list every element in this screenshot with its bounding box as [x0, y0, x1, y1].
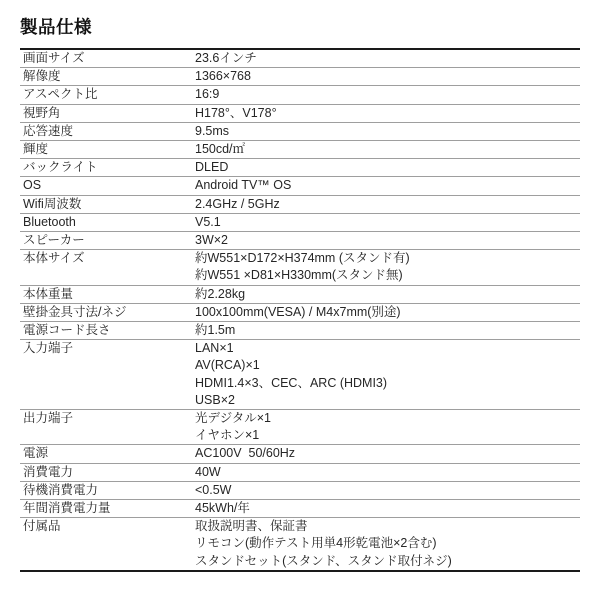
table-row: 待機消費電力<0.5W: [20, 481, 580, 499]
table-row: 年間消費電力量45kWh/年: [20, 500, 580, 518]
spec-value-line: 40W: [195, 464, 580, 481]
spec-label: 壁掛金具寸法/ネジ: [20, 303, 195, 321]
spec-label: 応答速度: [20, 122, 195, 140]
spec-value: 9.5ms: [195, 122, 580, 140]
spec-value-line: イヤホン×1: [195, 427, 580, 444]
spec-value-line: 3W×2: [195, 232, 580, 249]
table-row: スピーカー3W×2: [20, 232, 580, 250]
table-row: 輝度150cd/㎡: [20, 141, 580, 159]
spec-label: 待機消費電力: [20, 481, 195, 499]
spec-value: AC100V 50/60Hz: [195, 445, 580, 463]
spec-value-line: 9.5ms: [195, 123, 580, 140]
spec-value-line: 約W551×D172×H374mm (スタンド有): [195, 250, 580, 267]
spec-value: DLED: [195, 159, 580, 177]
page-title: 製品仕様: [20, 17, 599, 37]
spec-label: Bluetooth: [20, 213, 195, 231]
table-row: バックライトDLED: [20, 159, 580, 177]
spec-value: 150cd/㎡: [195, 141, 580, 159]
table-row: 解像度1366×768: [20, 68, 580, 86]
spec-value-line: USB×2: [195, 392, 580, 409]
spec-label: 解像度: [20, 68, 195, 86]
spec-label: アスペクト比: [20, 86, 195, 104]
spec-value: Android TV™ OS: [195, 177, 580, 195]
spec-table-body: 画面サイズ23.6インチ解像度1366×768アスペクト比16:9視野角H178…: [20, 49, 580, 571]
spec-label: 消費電力: [20, 463, 195, 481]
spec-table: 画面サイズ23.6インチ解像度1366×768アスペクト比16:9視野角H178…: [20, 48, 580, 572]
spec-value-line: H178°、V178°: [195, 105, 580, 122]
spec-label: 本体重量: [20, 285, 195, 303]
spec-value: 23.6インチ: [195, 49, 580, 68]
spec-label: 出力端子: [20, 410, 195, 445]
table-row: BluetoothV5.1: [20, 213, 580, 231]
spec-value: 約W551×D172×H374mm (スタンド有)約W551 ×D81×H330…: [195, 250, 580, 285]
spec-value-line: 100x100mm(VESA) / M4x7mm(別途): [195, 304, 580, 321]
table-row: 電源AC100V 50/60Hz: [20, 445, 580, 463]
spec-value-line: HDMI1.4×3、CEC、ARC (HDMI3): [195, 375, 580, 392]
spec-value-line: V5.1: [195, 214, 580, 231]
spec-value-line: スタンドセット(スタンド、スタンド取付ネジ): [195, 553, 580, 570]
spec-value: LAN×1AV(RCA)×1HDMI1.4×3、CEC、ARC (HDMI3)U…: [195, 340, 580, 410]
spec-value: 40W: [195, 463, 580, 481]
spec-value-line: 1366×768: [195, 68, 580, 85]
spec-value: H178°、V178°: [195, 104, 580, 122]
table-row: 付属品取扱説明書、保証書リモコン(動作テスト用単4形乾電池×2含む)スタンドセッ…: [20, 518, 580, 571]
spec-value: 取扱説明書、保証書リモコン(動作テスト用単4形乾電池×2含む)スタンドセット(ス…: [195, 518, 580, 571]
spec-value-line: 23.6インチ: [195, 50, 580, 67]
spec-value-line: DLED: [195, 159, 580, 176]
spec-value-line: リモコン(動作テスト用単4形乾電池×2含む): [195, 535, 580, 552]
table-row: 本体重量約2.28kg: [20, 285, 580, 303]
table-row: 入力端子LAN×1AV(RCA)×1HDMI1.4×3、CEC、ARC (HDM…: [20, 340, 580, 410]
table-row: OSAndroid TV™ OS: [20, 177, 580, 195]
spec-value: 2.4GHz / 5GHz: [195, 195, 580, 213]
spec-value-line: <0.5W: [195, 482, 580, 499]
spec-label: 入力端子: [20, 340, 195, 410]
spec-value-line: 約1.5m: [195, 322, 580, 339]
spec-label: 付属品: [20, 518, 195, 571]
spec-value-line: 光デジタル×1: [195, 410, 580, 427]
spec-value-line: 45kWh/年: [195, 500, 580, 517]
spec-label: OS: [20, 177, 195, 195]
table-row: 画面サイズ23.6インチ: [20, 49, 580, 68]
spec-label: 視野角: [20, 104, 195, 122]
spec-value-line: 16:9: [195, 86, 580, 103]
table-row: 本体サイズ約W551×D172×H374mm (スタンド有)約W551 ×D81…: [20, 250, 580, 285]
table-row: 視野角H178°、V178°: [20, 104, 580, 122]
spec-value: 1366×768: [195, 68, 580, 86]
spec-value: 約2.28kg: [195, 285, 580, 303]
spec-value: V5.1: [195, 213, 580, 231]
spec-value: 45kWh/年: [195, 500, 580, 518]
spec-label: 本体サイズ: [20, 250, 195, 285]
table-row: 出力端子光デジタル×1イヤホン×1: [20, 410, 580, 445]
spec-label: 電源コード長さ: [20, 322, 195, 340]
spec-value: 3W×2: [195, 232, 580, 250]
spec-value: 約1.5m: [195, 322, 580, 340]
table-row: 消費電力40W: [20, 463, 580, 481]
spec-value: 16:9: [195, 86, 580, 104]
spec-value-line: 取扱説明書、保証書: [195, 518, 580, 535]
spec-value-line: 150cd/㎡: [195, 141, 580, 158]
spec-value-line: LAN×1: [195, 340, 580, 357]
table-row: 応答速度9.5ms: [20, 122, 580, 140]
spec-label: 年間消費電力量: [20, 500, 195, 518]
spec-label: 電源: [20, 445, 195, 463]
spec-label: 輝度: [20, 141, 195, 159]
table-row: 壁掛金具寸法/ネジ100x100mm(VESA) / M4x7mm(別途): [20, 303, 580, 321]
table-row: Wifi周波数2.4GHz / 5GHz: [20, 195, 580, 213]
spec-value-line: 2.4GHz / 5GHz: [195, 196, 580, 213]
spec-value-line: AC100V 50/60Hz: [195, 445, 580, 462]
spec-label: Wifi周波数: [20, 195, 195, 213]
table-row: 電源コード長さ約1.5m: [20, 322, 580, 340]
spec-value-line: Android TV™ OS: [195, 177, 580, 194]
spec-label: 画面サイズ: [20, 49, 195, 68]
spec-sheet-page: 製品仕様 画面サイズ23.6インチ解像度1366×768アスペクト比16:9視野…: [0, 0, 599, 572]
table-row: アスペクト比16:9: [20, 86, 580, 104]
spec-value: <0.5W: [195, 481, 580, 499]
spec-value-line: AV(RCA)×1: [195, 357, 580, 374]
spec-label: バックライト: [20, 159, 195, 177]
spec-value: 100x100mm(VESA) / M4x7mm(別途): [195, 303, 580, 321]
spec-value-line: 約W551 ×D81×H330mm(スタンド無): [195, 267, 580, 284]
spec-value-line: 約2.28kg: [195, 286, 580, 303]
spec-label: スピーカー: [20, 232, 195, 250]
spec-value: 光デジタル×1イヤホン×1: [195, 410, 580, 445]
